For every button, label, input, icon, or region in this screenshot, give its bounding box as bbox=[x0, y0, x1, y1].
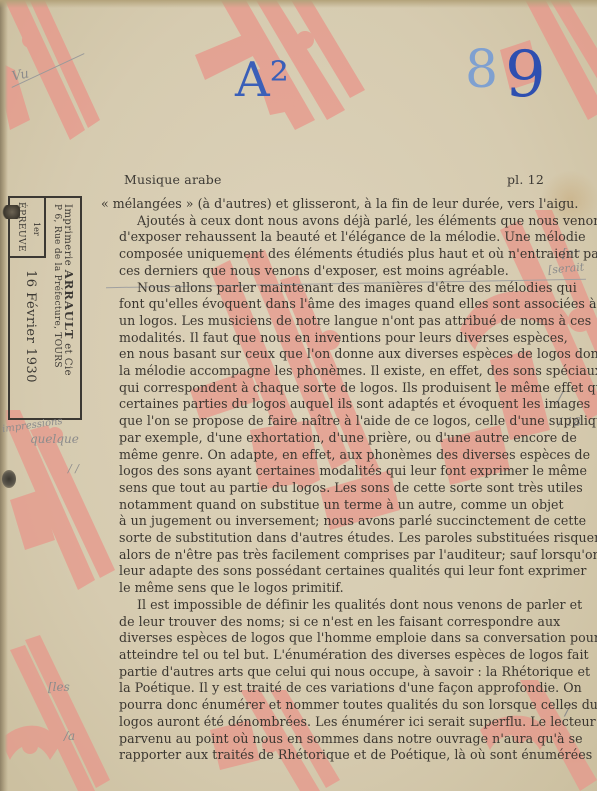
handwritten-page-number-old: 8 bbox=[465, 40, 498, 100]
text-line: parvenu au point où nous en sommes dans … bbox=[101, 731, 551, 748]
watermark-logo bbox=[0, 0, 110, 180]
text-line: un logos. Les musiciens de notre langue … bbox=[101, 313, 551, 330]
binding-edge bbox=[0, 0, 8, 791]
text-line: sorte de substitution dans d'autres étud… bbox=[101, 530, 551, 547]
margin-note-quelque: quelque bbox=[30, 432, 79, 446]
text-line: « mélangées » (à d'autres) et glisseront… bbox=[101, 196, 551, 213]
scanned-page: Vu A² 8 9 Musique arabe pl. 12 Imprimeri… bbox=[0, 0, 597, 791]
text-line: atteindre tel ou tel but. L'énumération … bbox=[101, 647, 551, 664]
paragraph-3: Nous allons parler maintenant des manièr… bbox=[101, 280, 551, 597]
text-line: la mélodie accompagne les phonèmes. Il e… bbox=[101, 363, 551, 380]
text-line: de leur trouver des noms; si ce n'est en… bbox=[101, 614, 551, 631]
text-line: le même sens que le logos primitif. bbox=[101, 580, 551, 597]
body-text: « mélangées » (à d'autres) et glisseront… bbox=[101, 196, 551, 764]
binding-hole bbox=[2, 470, 16, 488]
text-line: alors de n'être pas très facilement comp… bbox=[101, 547, 551, 564]
watermark-logo bbox=[195, 0, 395, 150]
text-line: la Poétique. Il y est traité de ces vari… bbox=[101, 680, 551, 697]
text-line: à un jugement ou inversement; nous avons… bbox=[101, 513, 551, 530]
header-title: Musique arabe bbox=[124, 172, 222, 187]
text-line: Il est impossible de définir les qualité… bbox=[101, 597, 551, 614]
margin-note-serait: [serait bbox=[548, 260, 585, 276]
text-line: rapporter aux traités de Rhétorique et d… bbox=[101, 747, 551, 764]
stamp-proof-number: 1er bbox=[32, 222, 41, 236]
stamp-date: 16 Février 1930 bbox=[23, 270, 38, 383]
handwritten-page-number-new: 9 bbox=[505, 38, 546, 112]
text-line: ces derniers que nous venons d'exposer, … bbox=[101, 263, 551, 280]
text-line: par exemple, d'une exhortation, d'une pr… bbox=[101, 430, 551, 447]
text-line: diverses espèces de logos que l'homme em… bbox=[101, 630, 551, 647]
text-line: notamment quand on substitue un terme à … bbox=[101, 497, 551, 514]
text-line: pourra donc énumérer et nommer toutes qu… bbox=[101, 697, 551, 714]
paragraph-2: Ajoutés à ceux dont nous avons déjà parl… bbox=[101, 213, 551, 280]
text-line: d'exposer rehaussent la beauté et l'élég… bbox=[101, 229, 551, 246]
text-line: partie d'autres arts que celui qui nous … bbox=[101, 664, 551, 681]
text-line: composée uniquement des éléments étudiés… bbox=[101, 246, 551, 263]
plate-number: pl. 12 bbox=[507, 172, 544, 187]
text-line: logos auront été dénombrées. Les énumére… bbox=[101, 714, 551, 731]
watermark-logo bbox=[0, 620, 110, 791]
top-edge-stain bbox=[0, 0, 597, 8]
text-line: que l'on se propose de faire naître à l'… bbox=[101, 413, 551, 430]
text-line: sens que tout au partie du logos. Les so… bbox=[101, 480, 551, 497]
binding-pin bbox=[0, 205, 20, 219]
handwritten-a2: A² bbox=[235, 52, 289, 108]
stamp-address: P 6, Rue de la Préfecture, TOURS bbox=[52, 204, 62, 368]
text-line: leur adapte des sons possédant certaines… bbox=[101, 563, 551, 580]
text-line: qui correspondent à chaque sorte de logo… bbox=[101, 380, 551, 397]
text-line: Ajoutés à ceux dont nous avons déjà parl… bbox=[101, 213, 551, 230]
stamp-content: Imprimerie ARRAULT et Cie P 6, Rue de la… bbox=[8, 196, 82, 420]
text-line: logos des sons ayant certaines modalités… bbox=[101, 463, 551, 480]
paragraph-4: Il est impossible de définir les qualité… bbox=[101, 597, 551, 764]
margin-note-les: [les bbox=[48, 680, 70, 694]
text-line: certaines parties du logos auquel ils so… bbox=[101, 396, 551, 413]
paragraph-1: « mélangées » (à d'autres) et glisseront… bbox=[101, 196, 551, 213]
text-line: même genre. On adapte, en effet, aux pho… bbox=[101, 447, 551, 464]
text-line: en nous basant sur ceux que l'on donne a… bbox=[101, 346, 551, 363]
stamp-printer: Imprimerie ARRAULT et Cie bbox=[62, 204, 76, 376]
text-line: modalités. Il faut que nous en invention… bbox=[101, 330, 551, 347]
margin-note-slashes: / / bbox=[68, 462, 79, 475]
text-line: font qu'elles évoquent dans l'âme des im… bbox=[101, 296, 551, 313]
text-line: Nous allons parler maintenant des manièr… bbox=[101, 280, 551, 297]
margin-note-a: /a bbox=[64, 729, 75, 743]
